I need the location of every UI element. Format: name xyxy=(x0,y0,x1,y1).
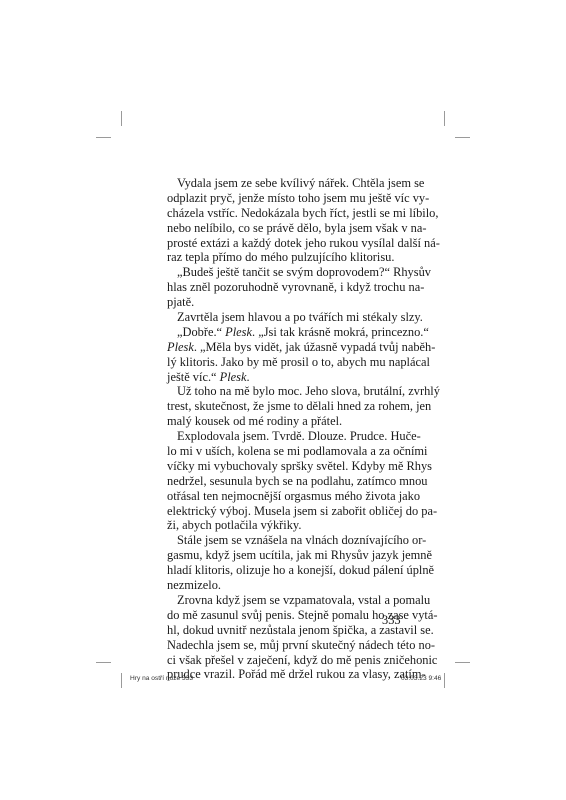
crop-mark-top-right-horizontal xyxy=(455,137,470,138)
text-line: pjatě. xyxy=(167,295,402,310)
text-line: prosté extázi a každý dotek jeho rukou v… xyxy=(167,236,402,251)
crop-mark-bottom-right-vertical xyxy=(444,673,445,688)
paragraph-7: Stále jsem se vznášela na vlnách dozníva… xyxy=(167,533,402,593)
text-line: „Dobře.“ Plesk. „Jsi tak krásně mokrá, p… xyxy=(167,325,402,340)
text-line: do mě zasunul svůj penis. Stejně pomalu … xyxy=(167,608,402,623)
emphasis: Plesk xyxy=(220,370,247,384)
text-line: nedržel, sesunula bych se na podlahu, za… xyxy=(167,474,402,489)
text-line: otřásal ten nejmocnější orgasmus mého ži… xyxy=(167,489,402,504)
text-line: elektrický výboj. Musela jsem si zabořit… xyxy=(167,504,402,519)
text-line: Nadechla jsem se, můj první skutečný nád… xyxy=(167,638,402,653)
paragraph-3: Zavrtěla jsem hlavou a po tvářích mi sté… xyxy=(167,310,402,325)
text-line: Stále jsem se vznášela na vlnách dozníva… xyxy=(167,533,402,548)
text-line: lý klitoris. Jako by mě prosil o to, aby… xyxy=(167,355,402,370)
text-line: Zavrtěla jsem hlavou a po tvářích mi sté… xyxy=(167,310,402,325)
page-number: 333 xyxy=(382,613,401,628)
crop-mark-top-left-horizontal xyxy=(96,137,111,138)
text-line: lo mi v uších, kolena se mi podlamovala … xyxy=(167,444,402,459)
text-line: malý kousek od mé rodiny a přátel. xyxy=(167,414,402,429)
text-line: prudce vrazil. Pořád mě držel rukou za v… xyxy=(167,667,402,682)
paragraph-1: Vydala jsem ze sebe kvílivý nářek. Chtěl… xyxy=(167,176,402,265)
text-line: nezmizelo. xyxy=(167,578,402,593)
text-line: gasmu, když jsem ucítila, jak mi Rhysův … xyxy=(167,548,402,563)
emphasis: Plesk xyxy=(225,325,252,339)
text-line: nebo nelíbilo, co se právě dělo, byla js… xyxy=(167,221,402,236)
crop-mark-top-left-vertical xyxy=(121,111,122,126)
print-footer-timestamp: 03.03.23 9:46 xyxy=(401,675,441,682)
text-line: hlas zněl pozoruhodně vyrovnaně, i když … xyxy=(167,280,402,295)
text-line: Už toho na mě bylo moc. Jeho slova, brut… xyxy=(167,384,402,399)
text-line: Vydala jsem ze sebe kvílivý nářek. Chtěl… xyxy=(167,176,402,191)
text-line: hl, dokud uvnitř nezůstala jenom špička,… xyxy=(167,623,402,638)
crop-mark-bottom-left-vertical xyxy=(121,673,122,688)
text-line: ci však přešel v zaječení, když do mě pe… xyxy=(167,653,402,668)
print-footer-title: Hry na ostří noze 333 xyxy=(130,675,193,682)
paragraph-2: „Budeš ještě tančit se svým doprovodem?“… xyxy=(167,265,402,310)
text-line: hladí klitoris, olizuje ho a konejší, do… xyxy=(167,563,402,578)
text-line: Explodovala jsem. Tvrdě. Dlouze. Prudce.… xyxy=(167,429,402,444)
text-line: víčky mi vybuchovaly spršky světel. Kdyb… xyxy=(167,459,402,474)
text-line: raz tepla přímo do mého pulzujícího klit… xyxy=(167,250,402,265)
text-line: „Budeš ještě tančit se svým doprovodem?“… xyxy=(167,265,402,280)
emphasis: Plesk xyxy=(167,340,194,354)
text-line: cházela vstříc. Nedokázala bych říct, je… xyxy=(167,206,402,221)
paragraph-8: Zrovna když jsem se vzpamatovala, vstal … xyxy=(167,593,402,682)
book-page-text: Vydala jsem ze sebe kvílivý nářek. Chtěl… xyxy=(167,176,402,682)
crop-mark-bottom-right-horizontal xyxy=(455,662,470,663)
paragraph-4: „Dobře.“ Plesk. „Jsi tak krásně mokrá, p… xyxy=(167,325,402,385)
text-line: Zrovna když jsem se vzpamatovala, vstal … xyxy=(167,593,402,608)
crop-mark-bottom-left-horizontal xyxy=(96,662,111,663)
paragraph-5: Už toho na mě bylo moc. Jeho slova, brut… xyxy=(167,384,402,429)
paragraph-6: Explodovala jsem. Tvrdě. Dlouze. Prudce.… xyxy=(167,429,402,533)
text-line: Plesk. „Měla bys vidět, jak úžasně vypad… xyxy=(167,340,402,355)
text-line: ještě víc.“ Plesk. xyxy=(167,370,402,385)
text-line: ži, abych potlačila výkřiky. xyxy=(167,518,402,533)
text-line: odplazit pryč, jenže místo toho jsem mu … xyxy=(167,191,402,206)
text-line: trest, skutečnost, že jsme to dělali hne… xyxy=(167,399,402,414)
crop-mark-top-right-vertical xyxy=(444,111,445,126)
